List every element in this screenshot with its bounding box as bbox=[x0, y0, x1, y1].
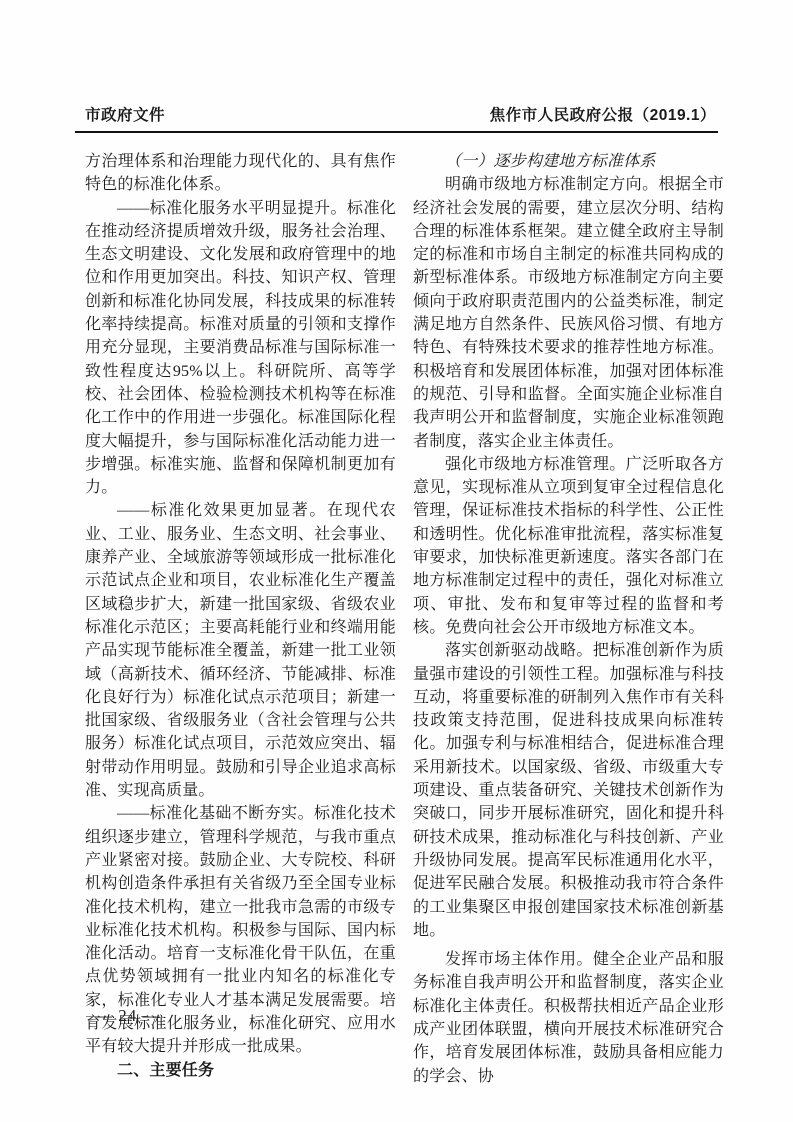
header-gazette-title: 焦作市人民政府公报（2019.1） bbox=[490, 103, 716, 125]
page-header: 市政府文件 焦作市人民政府公报（2019.1） bbox=[75, 103, 718, 133]
paragraph-continuation: 方治理体系和治理能力现代化的、具有焦作特色的标准化体系。 bbox=[85, 150, 396, 197]
header-doc-type: 市政府文件 bbox=[85, 103, 165, 125]
subsection-heading: （一）逐步构建地方标准体系 bbox=[413, 150, 724, 173]
paragraph: 发挥市场主体作用。健全企业产品和服务标准自我声明公开和监督制度，落实企业标准化主… bbox=[413, 948, 724, 1088]
left-column: 方治理体系和治理能力现代化的、具有焦作特色的标准化体系。 ——标准化服务水平明显… bbox=[85, 150, 396, 1088]
paragraph: 强化市级地方标准管理。广泛听取各方意见，实现标准从立项到复审全过程信息化管理，保… bbox=[413, 453, 724, 639]
paragraph: ——标准化服务水平明显提升。标准化在推动经济提质增效升级，服务社会治理、生态文明… bbox=[85, 197, 396, 500]
two-column-body: 方治理体系和治理能力现代化的、具有焦作特色的标准化体系。 ——标准化服务水平明显… bbox=[85, 150, 725, 1088]
page-number: — 24 — bbox=[95, 1006, 161, 1026]
section-heading: 二、主要任务 bbox=[85, 1059, 396, 1082]
gazette-page: 市政府文件 焦作市人民政府公报（2019.1） 方治理体系和治理能力现代化的、具… bbox=[0, 0, 793, 1122]
paragraph: ——标准化效果更加显著。在现代农业、工业、服务业、生态文明、社会事业、康养产业、… bbox=[85, 499, 396, 802]
paragraph: 落实创新驱动战略。把标准创新作为质量强市建设的引领性工程。加强标准与科技互动，将… bbox=[413, 639, 724, 942]
paragraph: 明确市级地方标准制定方向。根据全市经济社会发展的需要，建立层次分明、结构合理的标… bbox=[413, 173, 724, 453]
right-column: （一）逐步构建地方标准体系 明确市级地方标准制定方向。根据全市经济社会发展的需要… bbox=[413, 150, 724, 1088]
